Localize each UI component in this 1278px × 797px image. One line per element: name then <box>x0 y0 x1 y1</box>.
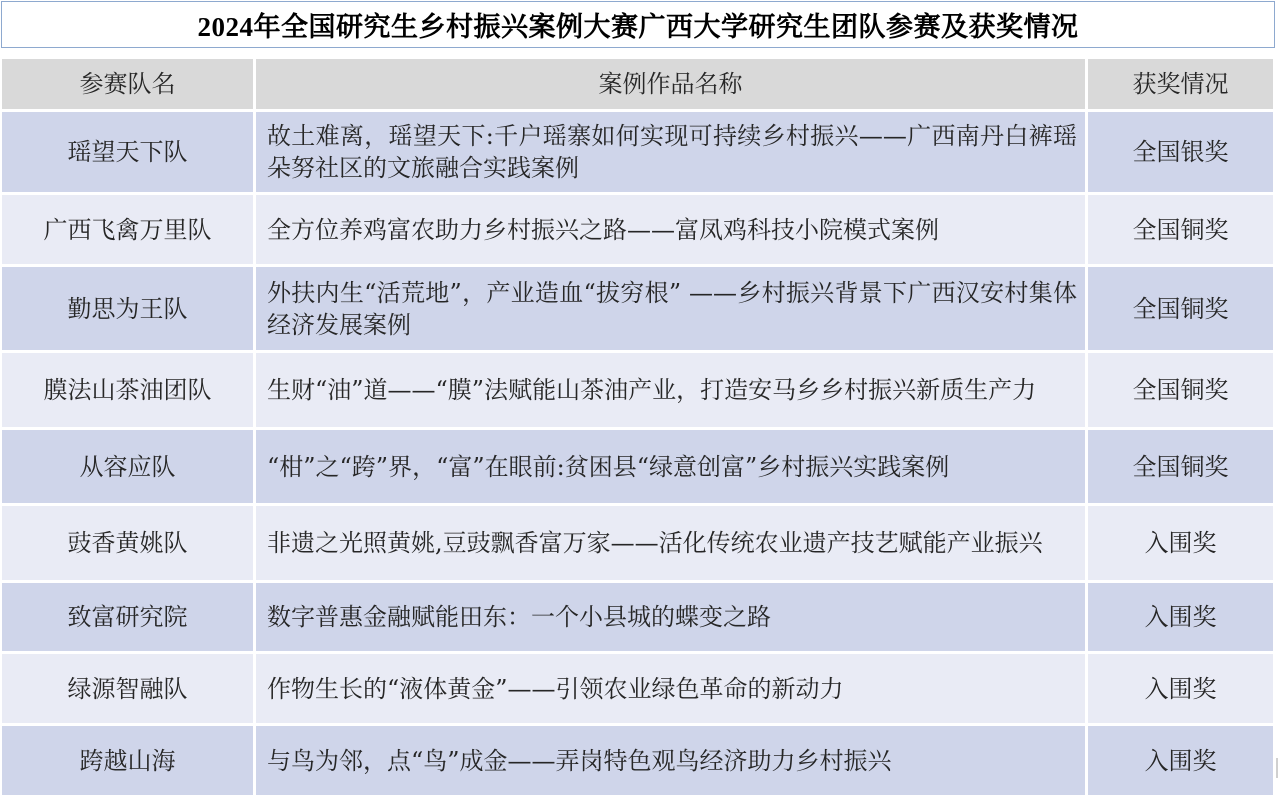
team-name: 勤思为王队 <box>2 267 253 350</box>
award-status: 全国银奖 <box>1088 112 1273 192</box>
award-status: 入围奖 <box>1088 506 1273 580</box>
award-status: 全国铜奖 <box>1088 353 1273 427</box>
table-row: 绿源智融队 作物生长的“液体黄金”——引领农业绿色革命的新动力 入围奖 <box>2 654 1273 723</box>
table-row: 瑶望天下队 故土难离，瑶望天下:千户瑶寨如何实现可持续乡村振兴——广西南丹白裤瑶… <box>2 112 1273 192</box>
award-status: 入围奖 <box>1088 583 1273 651</box>
page-title: 2024年全国研究生乡村振兴案例大赛广西大学研究生团队参赛及获奖情况 <box>198 5 1079 44</box>
award-status: 全国铜奖 <box>1088 267 1273 350</box>
team-name: 广西飞禽万里队 <box>2 195 253 264</box>
case-title: 作物生长的“液体黄金”——引领农业绿色革命的新动力 <box>256 654 1085 723</box>
table-header-row: 参赛队名 案例作品名称 获奖情况 <box>2 59 1273 109</box>
table-row: 广西飞禽万里队 全方位养鸡富农助力乡村振兴之路——富凤鸡科技小院模式案例 全国铜… <box>2 195 1273 264</box>
case-title: 数字普惠金融赋能田东：一个小县城的蝶变之路 <box>256 583 1085 651</box>
case-title: 生财“油”道——“膜”法赋能山茶油产业，打造安马乡乡村振兴新质生产力 <box>256 353 1085 427</box>
case-title: 与鸟为邻，点“鸟”成金——弄岗特色观鸟经济助力乡村振兴 <box>256 726 1085 795</box>
award-status: 全国铜奖 <box>1088 195 1273 264</box>
title-banner: 2024年全国研究生乡村振兴案例大赛广西大学研究生团队参赛及获奖情况 <box>1 1 1275 48</box>
award-status: 入围奖 <box>1088 654 1273 723</box>
header-case-title: 案例作品名称 <box>256 59 1085 109</box>
header-team-name: 参赛队名 <box>2 59 253 109</box>
team-name: 跨越山海 <box>2 726 253 795</box>
case-title: 故土难离，瑶望天下:千户瑶寨如何实现可持续乡村振兴——广西南丹白裤瑶朵努社区的文… <box>256 112 1085 192</box>
team-name: 瑶望天下队 <box>2 112 253 192</box>
award-status: 入围奖 <box>1088 726 1273 795</box>
award-status: 全国铜奖 <box>1088 430 1273 503</box>
team-name: 豉香黄姚队 <box>2 506 253 580</box>
team-name: 膜法山茶油团队 <box>2 353 253 427</box>
case-title: 全方位养鸡富农助力乡村振兴之路——富凤鸡科技小院模式案例 <box>256 195 1085 264</box>
table-row: 勤思为王队 外扶内生“活荒地”，产业造血“拔穷根” ——乡村振兴背景下广西汉安村… <box>2 267 1273 350</box>
table-row: 跨越山海 与鸟为邻，点“鸟”成金——弄岗特色观鸟经济助力乡村振兴 入围奖 <box>2 726 1273 795</box>
team-name: 从容应队 <box>2 430 253 503</box>
team-name: 致富研究院 <box>2 583 253 651</box>
team-name: 绿源智融队 <box>2 654 253 723</box>
awards-table: 参赛队名 案例作品名称 获奖情况 瑶望天下队 故土难离，瑶望天下:千户瑶寨如何实… <box>0 56 1276 797</box>
header-award: 获奖情况 <box>1088 59 1273 109</box>
table-row: 膜法山茶油团队 生财“油”道——“膜”法赋能山茶油产业，打造安马乡乡村振兴新质生… <box>2 353 1273 427</box>
table-row: 豉香黄姚队 非遗之光照黄姚,豆豉飘香富万家——活化传统农业遗产技艺赋能产业振兴 … <box>2 506 1273 580</box>
table-row: 致富研究院 数字普惠金融赋能田东：一个小县城的蝶变之路 入围奖 <box>2 583 1273 651</box>
table-row: 从容应队 “柑”之“跨”界，“富”在眼前:贫困县“绿意创富”乡村振兴实践案例 全… <box>2 430 1273 503</box>
case-title: 非遗之光照黄姚,豆豉飘香富万家——活化传统农业遗产技艺赋能产业振兴 <box>256 506 1085 580</box>
case-title: 外扶内生“活荒地”，产业造血“拔穷根” ——乡村振兴背景下广西汉安村集体经济发展… <box>256 267 1085 350</box>
case-title: “柑”之“跨”界，“富”在眼前:贫困县“绿意创富”乡村振兴实践案例 <box>256 430 1085 503</box>
page: 2024年全国研究生乡村振兴案例大赛广西大学研究生团队参赛及获奖情况 参赛队名 … <box>0 0 1278 797</box>
